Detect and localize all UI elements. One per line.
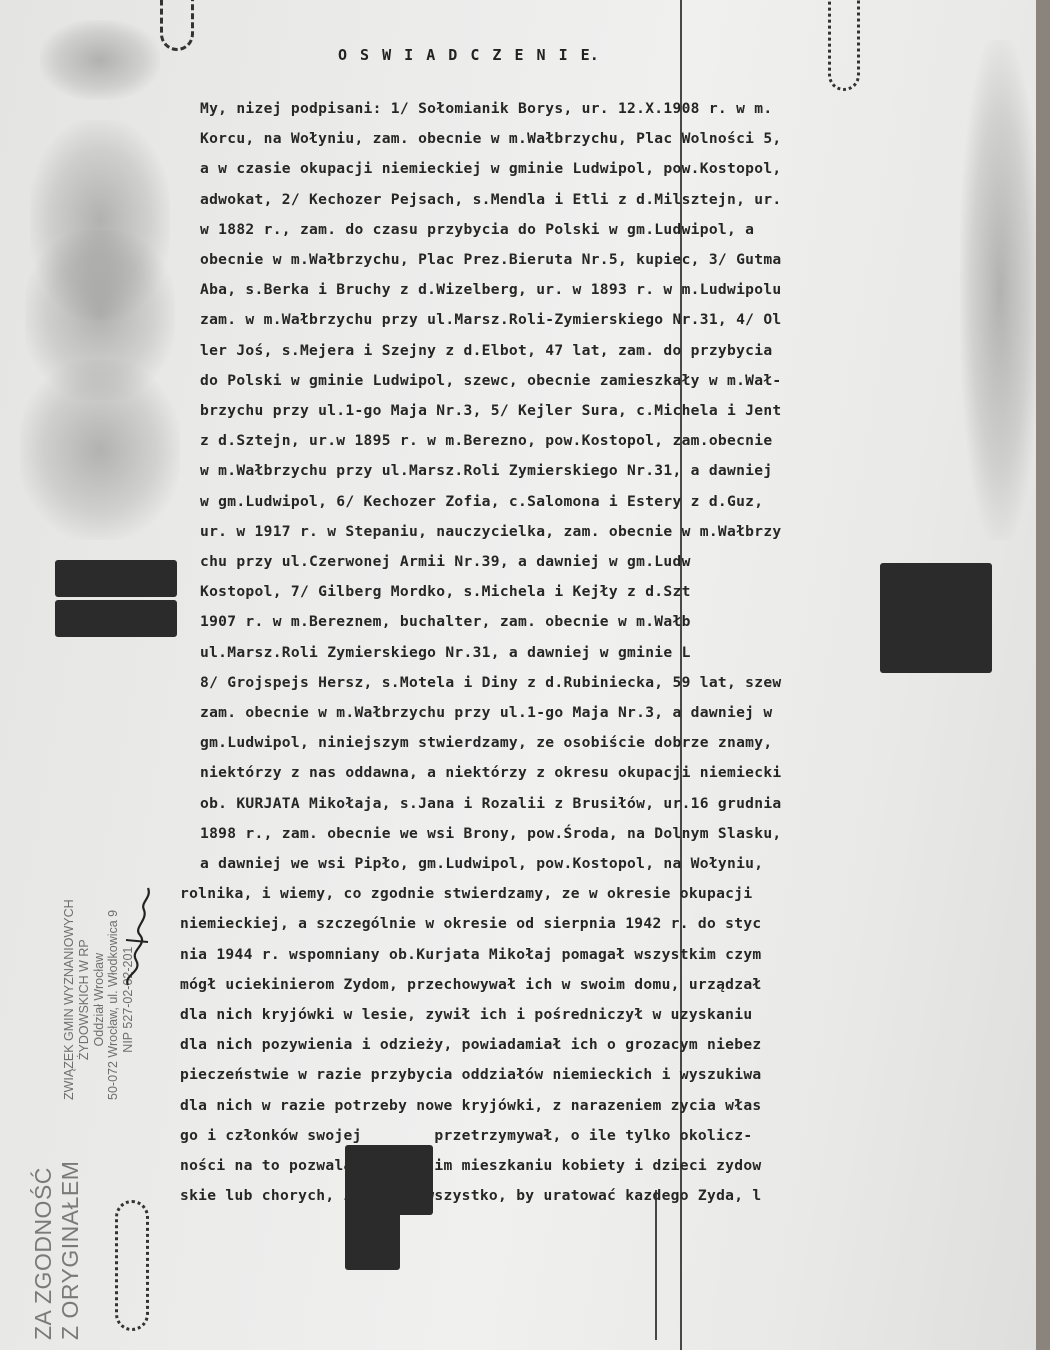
stamp-line: Oddział Wrocław (92, 899, 107, 1100)
document-line: w m.Wałbrzychu przy ul.Marsz.Roli Zymier… (200, 462, 772, 479)
document-line: ul.Marsz.Roli Zymierskiego Nr.31, a dawn… (200, 644, 691, 661)
stamp-line: ZWIĄZEK GMIN WYZNANIOWYCH (62, 899, 77, 1100)
stamp-line: Z ORYGINAŁEM (57, 1161, 84, 1340)
paperclip-mark (828, 0, 860, 91)
document-line: niemieckiej, a szczególnie w okresie od … (180, 915, 762, 932)
document-line: obecnie w m.Wałbrzychu, Plac Prez.Bierut… (200, 251, 782, 268)
signature-mark (118, 880, 158, 990)
document-line: 8/ Grojspejs Hersz, s.Motela i Diny z d.… (200, 674, 782, 691)
document-line: ur. w 1917 r. w Stepaniu, nauczycielka, … (200, 523, 782, 540)
paperclip-mark (115, 1200, 149, 1331)
stamp-line: ŻYDOWSKICH W RP (77, 899, 92, 1100)
document-line: zam. w m.Wałbrzychu przy ul.Marsz.Roli-Z… (200, 311, 782, 328)
document-page: O S W I A D C Z E N I E. My, nizej podpi… (0, 0, 1036, 1350)
certification-stamp: ZA ZGODNOŚĆ Z ORYGINAŁEM (30, 1161, 84, 1340)
document-line: ności na to pozwalały im mieszkaniu kobi… (180, 1157, 762, 1174)
redaction-block-left (55, 560, 177, 597)
document-line: zam. obecnie w m.Wałbrzychu przy ul.1-go… (200, 704, 772, 721)
document-line: 1907 r. w m.Bereznem, buchalter, zam. ob… (200, 613, 691, 630)
document-line: Kostopol, 7/ Gilberg Mordko, s.Michela i… (200, 583, 691, 600)
redaction-block-bottom (345, 1145, 400, 1270)
document-line: dla nich kryjówki w lesie, zywił ich i p… (180, 1006, 752, 1023)
scan-smudge (960, 40, 1036, 540)
document-line: ob. KURJATA Mikołaja, s.Jana i Rozalii z… (200, 795, 782, 812)
document-line: My, nizej podpisani: 1/ Sołomianik Borys… (200, 100, 772, 117)
document-line: dla nich w razie potrzeby nowe kryjówki,… (180, 1097, 762, 1114)
scan-smudge (20, 360, 180, 540)
document-line: pieczeństwie w razie przybycia oddziałów… (180, 1066, 762, 1083)
document-title: O S W I A D C Z E N I E. (338, 46, 599, 64)
document-line: Aba, s.Berka i Bruchy z d.Wizelberg, ur.… (200, 281, 782, 298)
fold-line (655, 1190, 657, 1340)
redaction-block-left (55, 600, 177, 637)
document-line: gm.Ludwipol, niniejszym stwierdzamy, ze … (200, 734, 772, 751)
document-line: rolnika, i wiemy, co zgodnie stwierdzamy… (180, 885, 752, 902)
document-line: nia 1944 r. wspomniany ob.Kurjata Mikoła… (180, 946, 762, 963)
document-line: dla nich pozywienia i odzieży, powiadami… (180, 1036, 762, 1053)
paperclip-mark (160, 0, 194, 51)
document-line: w 1882 r., zam. do czasu przybycia do Po… (200, 221, 754, 238)
document-line: chu przy ul.Czerwonej Armii Nr.39, a daw… (200, 553, 691, 570)
document-line: niektórzy z nas oddawna, a niektórzy z o… (200, 764, 782, 781)
document-line: Korcu, na Wołyniu, zam. obecnie w m.Wałb… (200, 130, 782, 147)
document-line: w gm.Ludwipol, 6/ Kechozer Zofia, c.Salo… (200, 493, 763, 510)
document-line: a w czasie okupacji niemieckiej w gminie… (200, 160, 782, 177)
document-line: z d.Sztejn, ur.w 1895 r. w m.Berezno, po… (200, 432, 772, 449)
document-line: mógł uciekinierom Zydom, przechowywał ic… (180, 976, 762, 993)
document-line: ler Joś, s.Mejera i Szejny z d.Elbot, 47… (200, 342, 772, 359)
document-line: 1898 r., zam. obecnie we wsi Brony, pow.… (200, 825, 782, 842)
scan-smudge (40, 20, 160, 100)
document-line: adwokat, 2/ Kechozer Pejsach, s.Mendla i… (200, 191, 782, 208)
redaction-block-bottom (395, 1145, 433, 1215)
document-line: do Polski w gminie Ludwipol, szewc, obec… (200, 372, 782, 389)
redaction-block-right (880, 563, 992, 673)
document-line: skie lub chorych, i c wszystko, by urato… (180, 1187, 762, 1204)
document-line: brzychu przy ul.1-go Maja Nr.3, 5/ Kejle… (200, 402, 782, 419)
document-line: a dawniej we wsi Pipło, gm.Ludwipol, pow… (200, 855, 763, 872)
stamp-line: ZA ZGODNOŚĆ (30, 1161, 57, 1340)
document-line: go i członków swojej przetrzymywał, o il… (180, 1127, 752, 1144)
